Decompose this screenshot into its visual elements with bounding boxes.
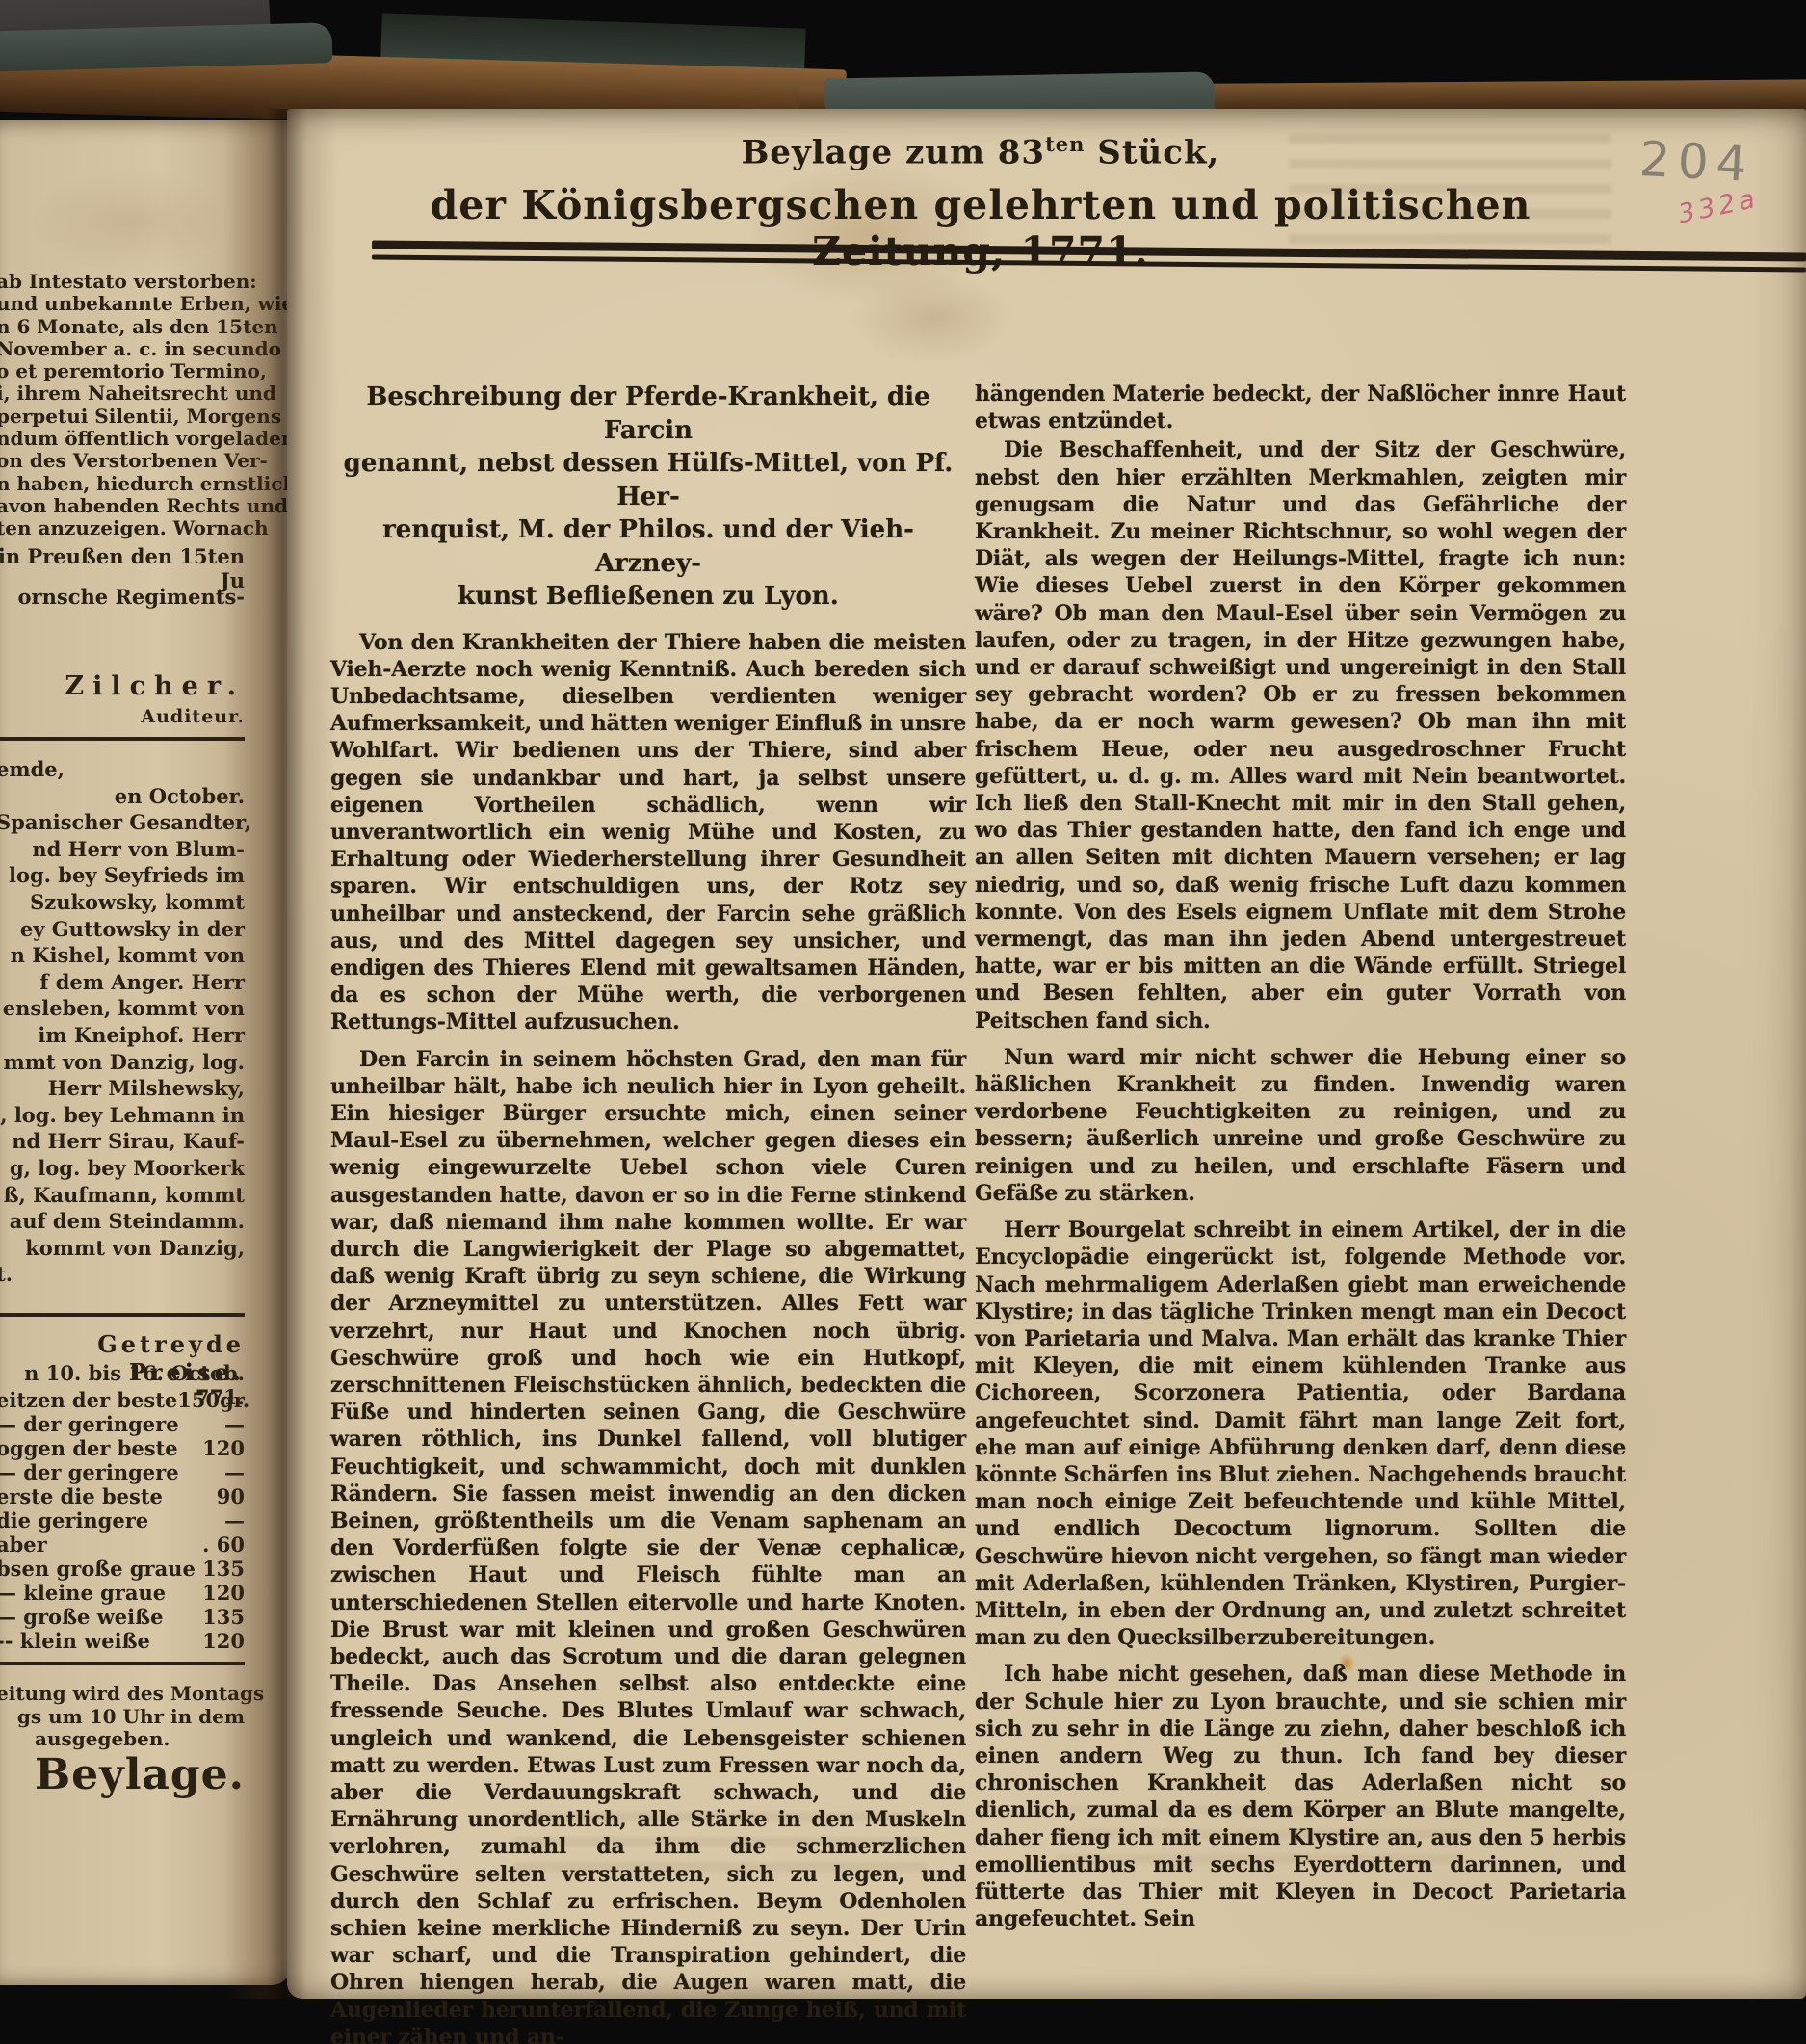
price-value: —	[224, 1508, 245, 1533]
price-row: die geringere—	[0, 1508, 245, 1533]
signature-role: Auditeur.	[0, 706, 245, 727]
price-value: —	[224, 1460, 245, 1484]
price-row: bsen große graue135	[0, 1557, 245, 1581]
divider-rule	[0, 1662, 245, 1665]
article-paragraph: Die Beschaffenheit, und der Sitz der Ges…	[975, 436, 1626, 1034]
main-page: 204 332a Beylage zum 83ten Stück, der Kö…	[287, 109, 1806, 1999]
issue-title-text: Stück,	[1085, 133, 1219, 171]
article-paragraph: Herr Bourgelat schreibt in einem Artikel…	[975, 1217, 1626, 1651]
article-column-right: hängenden Materie bedeckt, der Naßlöcher…	[975, 380, 1626, 1932]
price-label: — der geringere	[0, 1460, 179, 1484]
arrival-line: en October.	[0, 783, 245, 810]
article-title-line: genannt, nebst dessen Hülfs-Mittel, von …	[330, 447, 966, 513]
article-paragraph: Nun ward mir nicht schwer die Hebung ein…	[975, 1044, 1626, 1207]
imprint-line: gs um 10 Uhr in dem	[0, 1706, 245, 1729]
arrival-line: mmt von Danzig, log.	[0, 1049, 245, 1076]
price-row: — der geringere—	[0, 1412, 245, 1436]
price-label: — große weiße	[0, 1605, 163, 1629]
price-value: 135	[202, 1605, 245, 1629]
article-paragraph: Ich habe nicht gesehen, daß man diese Me…	[975, 1661, 1626, 1932]
arrival-line: f dem Anger. Herr	[0, 969, 245, 996]
arrivals-list-fragment: emde, en October. Spanischer Gesandter, …	[0, 756, 245, 1288]
price-label: erste die beste	[0, 1484, 163, 1508]
arrival-line: Herr Milshewsky,	[0, 1075, 245, 1102]
price-row: — kleine graue120	[0, 1581, 245, 1605]
article-paragraph: Den Farcin in seinem höchsten Grad, den …	[330, 1046, 966, 2044]
newspaper-book-scan: ab Intestato verstorben: und unbekannte …	[0, 0, 1806, 2044]
price-row: aber. 60	[0, 1533, 245, 1557]
arrival-line: n Kishel, kommt von	[0, 942, 245, 969]
price-row: eitzen der beste150gr.	[0, 1388, 245, 1412]
price-label: eitzen der beste	[0, 1388, 177, 1412]
price-value: . 60	[202, 1533, 245, 1557]
price-label: -- klein weiße	[0, 1629, 150, 1653]
divider-rule	[0, 1313, 245, 1317]
left-page-edge: ab Intestato verstorben: und unbekannte …	[0, 120, 291, 1985]
paper-stain	[29, 169, 231, 275]
price-label: oggen der beste	[0, 1436, 178, 1460]
regiment-line: ornsche Regiments-	[0, 585, 245, 609]
price-row: oggen der beste120	[0, 1436, 245, 1460]
article-column-left: Beschreibung der Pferde-Krankheit, die F…	[330, 380, 966, 2044]
legal-line: n 6 Monate, als den 15ten	[0, 316, 245, 338]
arrival-line: t.	[0, 1261, 245, 1288]
arrival-line: nd Herr Sirau, Kauf-	[0, 1128, 245, 1155]
price-row: — große weiße135	[0, 1605, 245, 1629]
arrival-line: im Kneiphof. Herr	[0, 1022, 245, 1049]
arrival-line: Spanischer Gesandter,	[0, 809, 245, 836]
price-row: erste die beste90	[0, 1484, 245, 1508]
arrival-line: ensleben, kommt von	[0, 995, 245, 1022]
article-title-line: Beschreibung der Pferde-Krankheit, die F…	[330, 380, 966, 447]
price-value: —	[224, 1412, 245, 1436]
price-value: 150gr.	[177, 1388, 249, 1412]
pencil-page-number: 204	[1638, 131, 1756, 193]
arrival-line: g, log. bey Moorkerk	[0, 1155, 245, 1182]
price-value: 120	[202, 1581, 245, 1605]
price-label: — der geringere	[0, 1412, 179, 1436]
legal-line: perpetui Silentii, Morgens	[0, 406, 245, 428]
legal-line: und unbekannte Erben, wie	[0, 293, 245, 315]
price-value: 120	[202, 1629, 245, 1653]
arrival-line: nd Herr von Blum-	[0, 836, 245, 863]
legal-line: ab Intestato verstorben:	[0, 271, 245, 293]
grain-price-table: eitzen der beste150gr. — der geringere— …	[0, 1388, 245, 1653]
legal-line: o et peremtorio Termino,	[0, 360, 245, 382]
paper-stain	[851, 273, 1014, 364]
arrival-line: ß, Kaufmann, kommt	[0, 1182, 245, 1209]
signature-name: Zilcher.	[0, 671, 245, 701]
imprint-fragment: eitung wird des Montags gs um 10 Uhr in …	[0, 1683, 245, 1751]
arrival-line: ey Guttowsky in der	[0, 916, 245, 943]
ordinal-superscript: ten	[1045, 132, 1085, 156]
divider-rule	[0, 737, 245, 741]
legal-line: ten anzuzeigen. Wornach	[0, 517, 245, 539]
legal-line: on des Verstorbenen Ver-	[0, 450, 245, 472]
price-label: — kleine graue	[0, 1581, 166, 1605]
imprint-line: eitung wird des Montags	[0, 1683, 245, 1706]
issue-title: Beylage zum 83ten Stück,	[330, 132, 1631, 171]
price-label: die geringere	[0, 1508, 148, 1533]
imprint-line: ausgegeben.	[0, 1728, 245, 1751]
legal-line: avon habenden Rechts und	[0, 495, 245, 517]
article-title-line: renquist, M. der Philos. und der Vieh-Ar…	[330, 513, 966, 580]
article-paragraph: Von den Krankheiten der Thiere haben die…	[330, 629, 966, 1036]
article-title-line: kunst Befließenen zu Lyon.	[330, 580, 966, 614]
arrival-line: , log. bey Lehmann in	[0, 1102, 245, 1129]
catchword: Beylage.	[0, 1750, 245, 1799]
arrival-line: emde,	[0, 756, 245, 783]
arrival-line: Szukowsky, kommt	[0, 889, 245, 916]
legal-line: ndum öffentlich vorgeladen,	[0, 428, 245, 450]
price-row: — der geringere—	[0, 1460, 245, 1484]
price-value: 90	[217, 1484, 245, 1508]
price-value: 120	[202, 1436, 245, 1460]
arrival-line: log. bey Seyfrieds im	[0, 862, 245, 889]
arrival-line: kommt von Danzig,	[0, 1235, 245, 1262]
price-value: 135	[202, 1557, 245, 1581]
arrival-line: auf dem Steindamm.	[0, 1208, 245, 1235]
legal-line: n haben, hiedurch ernstlich	[0, 473, 245, 495]
red-catalog-number: 332a	[1676, 184, 1762, 230]
price-label: aber	[0, 1533, 47, 1557]
article-title: Beschreibung der Pferde-Krankheit, die F…	[330, 380, 966, 614]
price-label: bsen große graue	[0, 1557, 196, 1581]
article-paragraph-continuation: hängenden Materie bedeckt, der Naßlöcher…	[975, 380, 1626, 434]
price-row: -- klein weiße120	[0, 1629, 245, 1653]
legal-notice-fragment: ab Intestato verstorben: und unbekannte …	[0, 271, 245, 540]
legal-line: November a. c. in secundo	[0, 338, 245, 360]
legal-line: i, ihrem Naheitsrecht und	[0, 382, 245, 405]
issue-title-text: Beylage zum 83	[742, 133, 1045, 171]
